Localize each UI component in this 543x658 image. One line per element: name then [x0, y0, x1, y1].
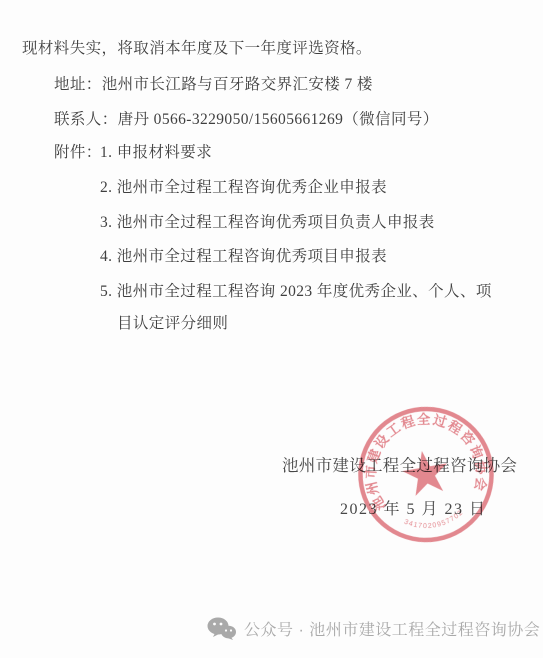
official-seal: 池州市建设工程全过程咨询协会 3417020957702	[340, 393, 512, 556]
footer: 公众号 · 池州市建设工程全过程咨询协会	[207, 617, 540, 640]
scanned-document-page: 现材料失实，将取消本年度及下一年度评选资格。 地址：池州市长江路与百牙路交界汇安…	[0, 0, 543, 658]
address-line: 地址：池州市长江路与百牙路交界汇安楼 7 楼	[54, 72, 373, 94]
footer-text: 公众号 · 池州市建设工程全过程咨询协会	[244, 617, 540, 640]
attachment-item-3: 3. 池州市全过程工程咨询优秀项目负责人申报表	[100, 210, 435, 232]
attachment-item-1: 1. 申报材料要求	[100, 140, 212, 162]
attachments-label: 附件：	[54, 140, 102, 162]
attachment-item-5-continuation: 目认定评分细则	[117, 311, 228, 333]
star-icon	[400, 447, 452, 497]
contact-line: 联系人：唐丹 0566-3229050/15605661269（微信同号）	[54, 107, 439, 129]
attachment-item-2: 2. 池州市全过程工程咨询优秀企业申报表	[100, 175, 387, 197]
wechat-icon	[207, 617, 237, 640]
attachment-item-5: 5. 池州市全过程工程咨询 2023 年度优秀企业、个人、项	[100, 279, 492, 301]
intro-line: 现材料失实，将取消本年度及下一年度评选资格。	[22, 36, 372, 58]
attachment-item-4: 4. 池州市全过程工程咨询优秀项目申报表	[100, 244, 387, 266]
